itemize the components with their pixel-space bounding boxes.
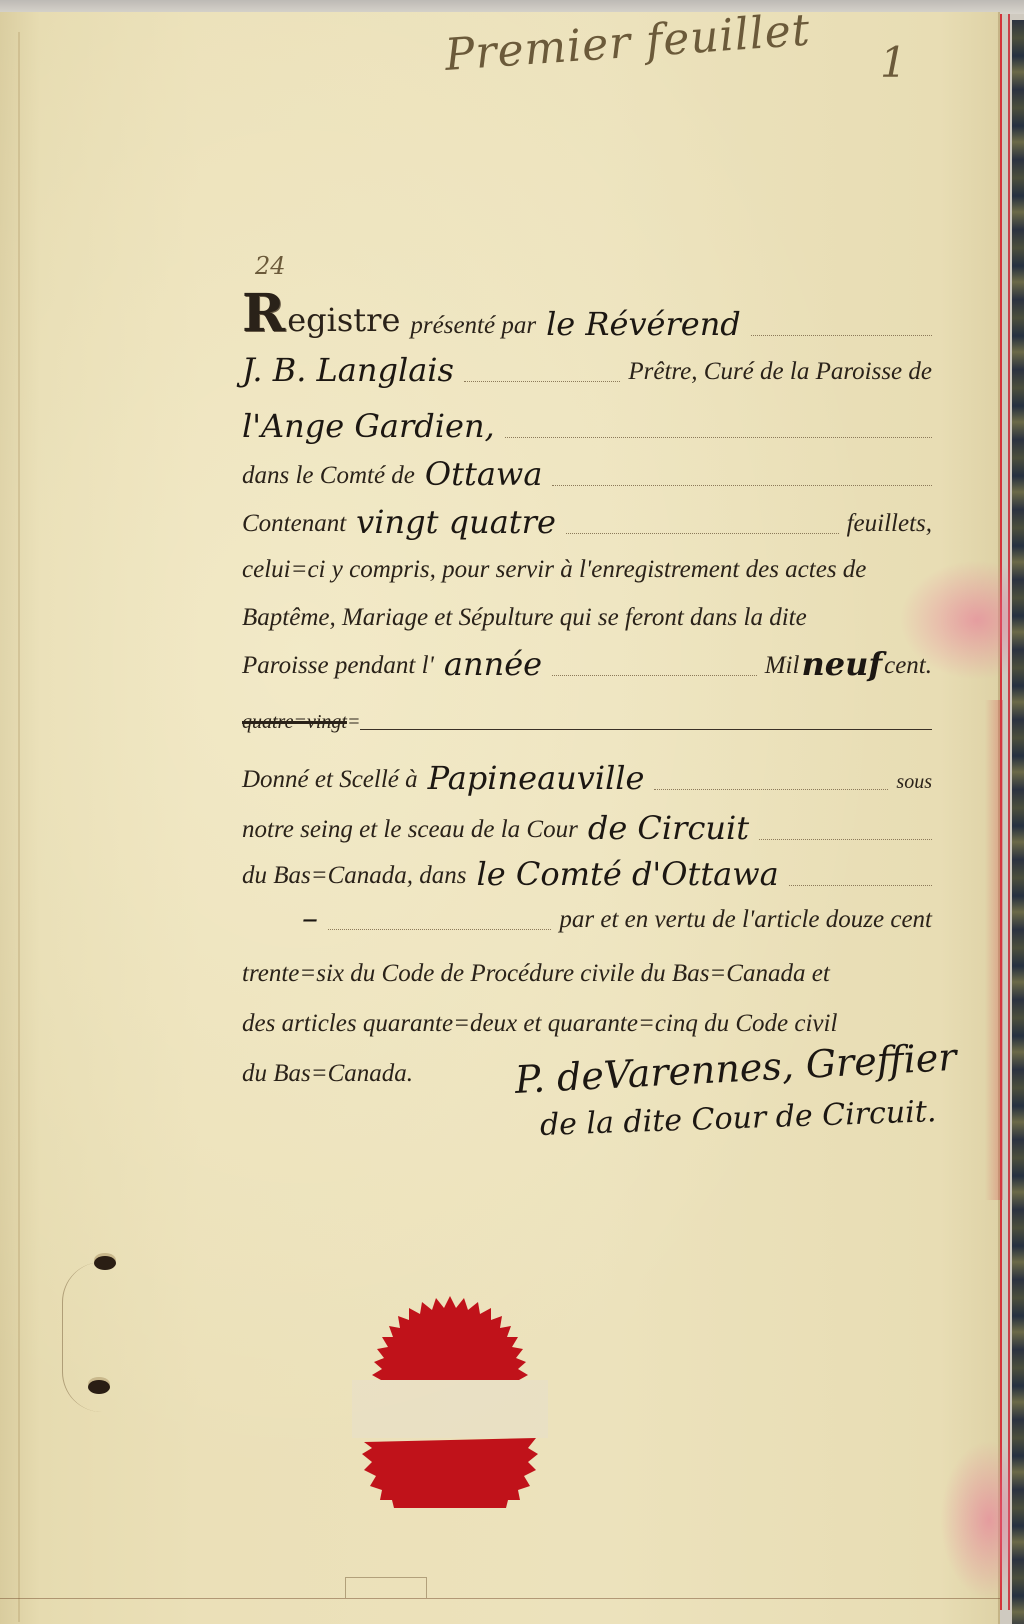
printed-text: présenté par [400,313,536,344]
margin-rule [1008,14,1010,1610]
registre-heading: RRegistreegistre [242,288,400,344]
text-line: RRegistreegistre présenté par le Révéren… [242,296,932,344]
printed-text: cent. [884,653,932,684]
fill-line [464,381,620,382]
printed-text: trente=six du Code de Procédure civile d… [242,961,830,992]
text-line: des articles quarante=deux et quarante=c… [242,994,932,1042]
handwritten-dash: – [242,902,328,938]
page-fold [18,32,20,1622]
printed-text: Paroisse pendant l' [242,653,434,684]
printed-text: sous [888,772,932,798]
court-county: le Comté d'Ottawa [467,858,789,894]
binding-hole [88,1380,110,1394]
text-line: celui=ci y compris, pour servir à l'enre… [242,540,932,588]
text-line: Donné et Scellé à Papineauville sous [242,742,932,798]
folio-count-note: 24 [255,252,286,280]
heading-rest: egistre [287,301,400,339]
printed-text: dans le Comté de [242,463,415,494]
fill-line [552,485,932,486]
marbled-cover-edge [1012,20,1024,1624]
year-word: année [434,648,552,684]
printed-text: feuillets, [839,511,932,542]
text-line: J. B. Langlais Prêtre, Curé de la Parois… [242,342,932,390]
text-line: – par et en vertu de l'article douze cen… [242,890,932,938]
printed-text: par et en vertu de l'article douze cent [551,907,932,938]
page-number: 1 [880,38,907,87]
printed-text: du Bas=Canada. [242,1061,413,1092]
text-line: Baptême, Mariage et Sépulture qui se fer… [242,588,932,636]
fill-line [751,335,932,336]
text-line: du Bas=Canada, dans le Comté d'Ottawa [242,846,932,894]
text-line: Contenant vingt quatre feuillets, [242,494,932,542]
ink-stain [940,1440,1010,1600]
text-line: dans le Comté de Ottawa [242,446,932,494]
wax-seal-icon [352,1296,548,1508]
page-tab [345,1577,427,1598]
page-bottom-edge [0,1598,1000,1599]
place-name: Papineauville [418,762,655,798]
ornate-initial: R [242,283,285,344]
century-correction: neuf [799,648,884,684]
fill-line [759,839,932,840]
printed-text: Contenant [242,511,346,542]
printed-text: Donné et Scellé à [242,767,418,798]
fill-line [505,437,932,438]
printed-text: = [347,712,361,738]
fill-line [654,789,888,790]
fill-line [552,675,757,676]
fill-line [328,929,551,930]
embossed-paper-center [352,1380,548,1438]
fill-line [566,533,839,534]
fill-line [360,729,932,730]
court-name: de Circuit [578,812,759,848]
handwritten-entry: le Révérend [536,308,751,344]
printed-text: celui=ci y compris, pour servir à l'enre… [242,557,866,588]
text-line: l'Ange Gardien, [242,398,932,446]
printed-text: Mil [757,653,800,684]
printed-text: Prêtre, Curé de la Paroisse de [620,359,932,390]
binding-hole [94,1256,116,1270]
text-line: notre seing et le sceau de la Cour de Ci… [242,800,932,848]
ink-stain [985,700,1003,1200]
printed-text: des articles quarante=deux et quarante=c… [242,1011,837,1042]
county-name: Ottawa [415,458,553,494]
fill-line [789,885,932,886]
text-line: quatre=vingt = [242,690,932,738]
printed-text: notre seing et le sceau de la Cour [242,817,578,848]
text-line: Paroisse pendant l' année Mil neuf cent. [242,636,932,684]
leaf-count: vingt quatre [346,506,566,542]
parish-name: l'Ange Gardien, [242,410,505,446]
text-line: trente=six du Code de Procédure civile d… [242,944,932,992]
priest-name: J. B. Langlais [242,354,464,390]
struck-text: quatre=vingt [242,712,347,738]
printed-text: Baptême, Mariage et Sépulture qui se fer… [242,605,807,636]
